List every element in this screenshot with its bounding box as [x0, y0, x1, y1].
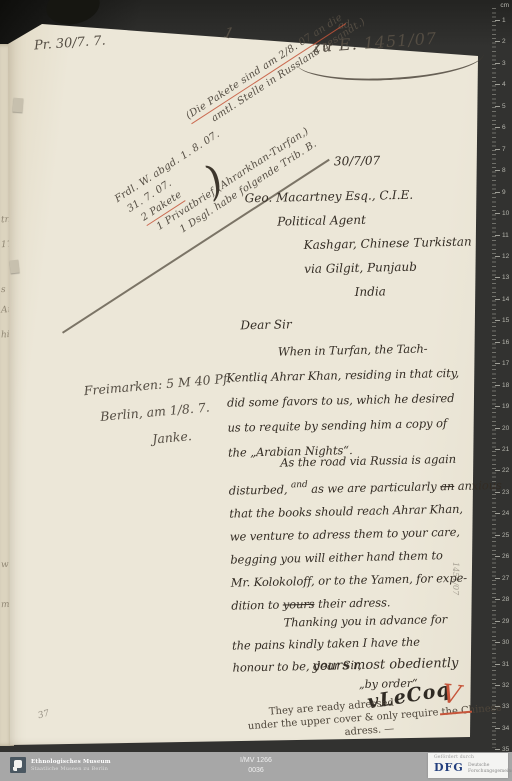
ruler-cm-mark: 5 — [495, 103, 511, 110]
letter-text: 30/7/07 Geo. Macartney Esq., C.I.E.Polit… — [0, 0, 512, 781]
red-check-mark: V — [440, 679, 462, 711]
ruler-tick — [495, 385, 500, 386]
ruler-tick — [495, 299, 500, 300]
ruler-tick — [495, 41, 500, 42]
ruler-tick — [495, 170, 500, 171]
ruler-minor-ticks — [492, 8, 496, 748]
letter-line: Thanking you in advance for — [283, 608, 447, 633]
ruler-number: 27 — [502, 575, 511, 582]
ruler-number: 17 — [502, 360, 511, 367]
letter-line: the pains kindly taken I have the — [232, 631, 420, 657]
ruler-tick — [495, 84, 500, 85]
ruler-cm-mark: 2 — [495, 38, 511, 45]
ruler-number: 20 — [502, 425, 511, 432]
ruler-number: 33 — [502, 703, 511, 710]
ruler-cm-mark: 34 — [495, 725, 511, 732]
ruler-number: 25 — [502, 532, 511, 539]
ruler-number: 13 — [502, 274, 511, 281]
ruler-number: 3 — [502, 60, 511, 67]
ruler-tick — [495, 728, 500, 729]
letter-date: 30/7/07 — [334, 153, 381, 168]
ruler-cm-mark: 21 — [495, 446, 511, 453]
ruler-number: 24 — [502, 510, 511, 517]
ruler-tick — [495, 277, 500, 278]
struck-text: an — [440, 479, 454, 493]
ruler-number: 30 — [502, 639, 511, 646]
salutation: Dear Sir — [240, 317, 292, 332]
dfg-logo-card: Gefördert durch DFG Deutsche Forschungsg… — [428, 753, 508, 778]
address-block: Geo. Macartney Esq., C.I.E.Political Age… — [244, 182, 472, 307]
ruler-number: 9 — [502, 189, 511, 196]
ruler-number: 1 — [502, 17, 511, 24]
letter-line: us to requite by sending him a copy of — [227, 411, 447, 441]
ruler-number: 28 — [502, 596, 511, 603]
address-line: India — [354, 279, 386, 304]
text: as we are particularly — [308, 479, 441, 496]
struck-text: yours — [283, 597, 315, 612]
ruler-number: 18 — [502, 382, 511, 389]
ruler-number: 34 — [502, 725, 511, 732]
ruler-cm-mark: 29 — [495, 618, 511, 625]
ruler-tick — [495, 449, 500, 450]
ruler-cm-mark: 26 — [495, 553, 511, 560]
ruler-unit-label: cm — [500, 2, 509, 9]
ruler-cm-mark: 27 — [495, 575, 511, 582]
ruler-tick — [495, 621, 500, 622]
address-line: Kashgar, Chinese Turkistan — [303, 230, 471, 258]
ruler-cm-mark: 23 — [495, 489, 511, 496]
ruler-cm-mark: 6 — [495, 124, 511, 131]
ruler-cm-mark: 11 — [495, 232, 511, 239]
text: disturbed, — [229, 482, 291, 497]
ruler: cm 1234567891011121314151617181920212223… — [488, 0, 512, 752]
paragraph-2: As the road via Russia is againdisturbed… — [228, 447, 504, 618]
ruler-tick — [495, 578, 500, 579]
page-content: Pr. 30/7. 7. 1 ad zu E. 1451/07 (Die Pak… — [0, 0, 512, 781]
ruler-cm-mark: 3 — [495, 60, 511, 67]
ruler-cm-mark: 8 — [495, 167, 511, 174]
ruler-number: 29 — [502, 618, 511, 625]
ruler-cm-mark: 12 — [495, 253, 511, 260]
ruler-tick — [495, 513, 500, 514]
ruler-cm-mark: 30 — [495, 639, 511, 646]
ruler-cm-mark: 13 — [495, 274, 511, 281]
ruler-number: 5 — [502, 103, 511, 110]
ruler-tick — [495, 106, 500, 107]
ruler-cm-mark: 16 — [495, 339, 511, 346]
ruler-number: 26 — [502, 553, 511, 560]
ruler-number: 21 — [502, 446, 511, 453]
ruler-tick — [495, 235, 500, 236]
ruler-tick — [495, 535, 500, 536]
ruler-tick — [495, 63, 500, 64]
dfg-full-name: Deutsche Forschungsgemeinschaft — [468, 763, 512, 774]
ruler-number: 22 — [502, 467, 511, 474]
ruler-number: 4 — [502, 81, 511, 88]
ruler-cm-mark: 20 — [495, 425, 511, 432]
ruler-cm-mark: 31 — [495, 661, 511, 668]
ruler-tick — [495, 363, 500, 364]
ruler-tick — [495, 470, 500, 471]
ruler-tick — [495, 428, 500, 429]
ruler-tick — [495, 664, 500, 665]
ruler-cm-mark: 19 — [495, 403, 511, 410]
ruler-number: 15 — [502, 317, 511, 324]
ruler-number: 7 — [502, 146, 511, 153]
ruler-cm-mark: 15 — [495, 317, 511, 324]
ruler-cm-mark: 25 — [495, 532, 511, 539]
dfg-name-line2: Forschungsgemeinschaft — [468, 769, 512, 775]
ruler-tick — [495, 749, 500, 750]
ruler-tick — [495, 685, 500, 686]
text: dition to — [231, 598, 283, 613]
ruler-number: 31 — [502, 661, 511, 668]
ruler-tick — [495, 256, 500, 257]
letter-line: Mr. Kolokoloff, or to the Yamen, for exp… — [231, 567, 468, 595]
ruler-tick — [495, 20, 500, 21]
ruler-tick — [495, 599, 500, 600]
dfg-logo: DFG — [434, 761, 464, 774]
ruler-number: 32 — [502, 682, 511, 689]
address-line: Geo. Macartney Esq., C.I.E. — [244, 183, 413, 211]
ruler-cm-mark: 32 — [495, 682, 511, 689]
ruler-cm-mark: 14 — [495, 296, 511, 303]
ruler-number: 23 — [502, 489, 511, 496]
scan-viewport: tn.17sAnshin,wm. Pr. 30/7. 7. 1 ad zu E.… — [0, 0, 512, 781]
ruler-cm-mark: 24 — [495, 510, 511, 517]
ruler-cm-mark: 7 — [495, 146, 511, 153]
ruler-tick — [495, 342, 500, 343]
ruler-tick — [495, 149, 500, 150]
ruler-tick — [495, 320, 500, 321]
postscript-line: adress. — — [344, 723, 395, 740]
inserted-text: and — [291, 480, 308, 490]
ruler-tick — [495, 706, 500, 707]
ruler-number: 10 — [502, 210, 511, 217]
ruler-tick — [495, 556, 500, 557]
ruler-cm-mark: 10 — [495, 210, 511, 217]
ruler-cm-mark: 4 — [495, 81, 511, 88]
ruler-cm-mark: 1 — [495, 17, 511, 24]
ruler-cm-mark: 9 — [495, 189, 511, 196]
ruler-number: 2 — [502, 38, 511, 45]
ruler-number: 14 — [502, 296, 511, 303]
ruler-number: 6 — [502, 124, 511, 131]
ruler-tick — [495, 492, 500, 493]
funded-by-label: Gefördert durch — [434, 755, 474, 760]
paragraph-1: When in Turfan, the Tach-Kentliq Ahrar K… — [226, 336, 461, 466]
ruler-cm-mark: 33 — [495, 703, 511, 710]
ruler-tick — [495, 406, 500, 407]
ruler-number: 19 — [502, 403, 511, 410]
ruler-number: 12 — [502, 253, 511, 260]
ruler-tick — [495, 127, 500, 128]
ruler-cm-mark: 18 — [495, 382, 511, 389]
tape-remnant — [13, 98, 24, 113]
ruler-number: 16 — [502, 339, 511, 346]
address-line: via Gilgit, Punjaub — [304, 255, 417, 281]
ruler-number: 8 — [502, 167, 511, 174]
ruler-number: 11 — [502, 232, 511, 239]
closing-line: yours most obediently — [312, 656, 458, 674]
tape-remnant — [9, 260, 19, 274]
letter-line: When in Turfan, the Tach- — [278, 336, 428, 364]
address-line: Political Agent — [277, 208, 366, 234]
ruler-cm-mark: 17 — [495, 360, 511, 367]
ruler-cm-mark: 22 — [495, 467, 511, 474]
ruler-tick — [495, 642, 500, 643]
ruler-tick — [495, 213, 500, 214]
ruler-tick — [495, 192, 500, 193]
ruler-cm-mark: 28 — [495, 596, 511, 603]
postscript: They are ready adressedunder the upper c… — [257, 689, 504, 746]
